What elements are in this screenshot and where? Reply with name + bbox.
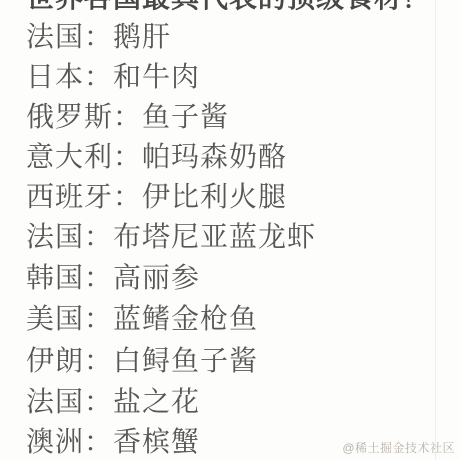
list-item: 日本：和牛肉 bbox=[26, 63, 200, 91]
list-item: 西班牙：伊比利火腿 bbox=[26, 183, 287, 211]
screenshot-page: 世界各国最具代表的顶级食材？ 法国：鹅肝 日本：和牛肉 俄罗斯：鱼子酱 意大利：… bbox=[0, 0, 460, 460]
list-item: 法国：盐之花 bbox=[26, 388, 200, 416]
list-item: 法国：布塔尼亚蓝龙虾 bbox=[26, 223, 316, 251]
list-item: 俄罗斯：鱼子酱 bbox=[26, 103, 229, 131]
list-item: 法国：鹅肝 bbox=[26, 23, 171, 51]
list-item: 澳洲：香槟蟹 bbox=[26, 428, 200, 456]
page-title: 世界各国最具代表的顶级食材？ bbox=[26, 0, 432, 12]
list-item: 意大利：帕玛森奶酪 bbox=[26, 143, 287, 171]
list-item: 韩国：高丽参 bbox=[26, 264, 200, 292]
right-edge-seam-line bbox=[435, 0, 436, 460]
list-item: 伊朗：白鲟鱼子酱 bbox=[26, 347, 258, 375]
watermark: @稀土掘金技术社区 bbox=[342, 441, 455, 455]
list-item: 美国：蓝鳍金枪鱼 bbox=[26, 305, 258, 333]
